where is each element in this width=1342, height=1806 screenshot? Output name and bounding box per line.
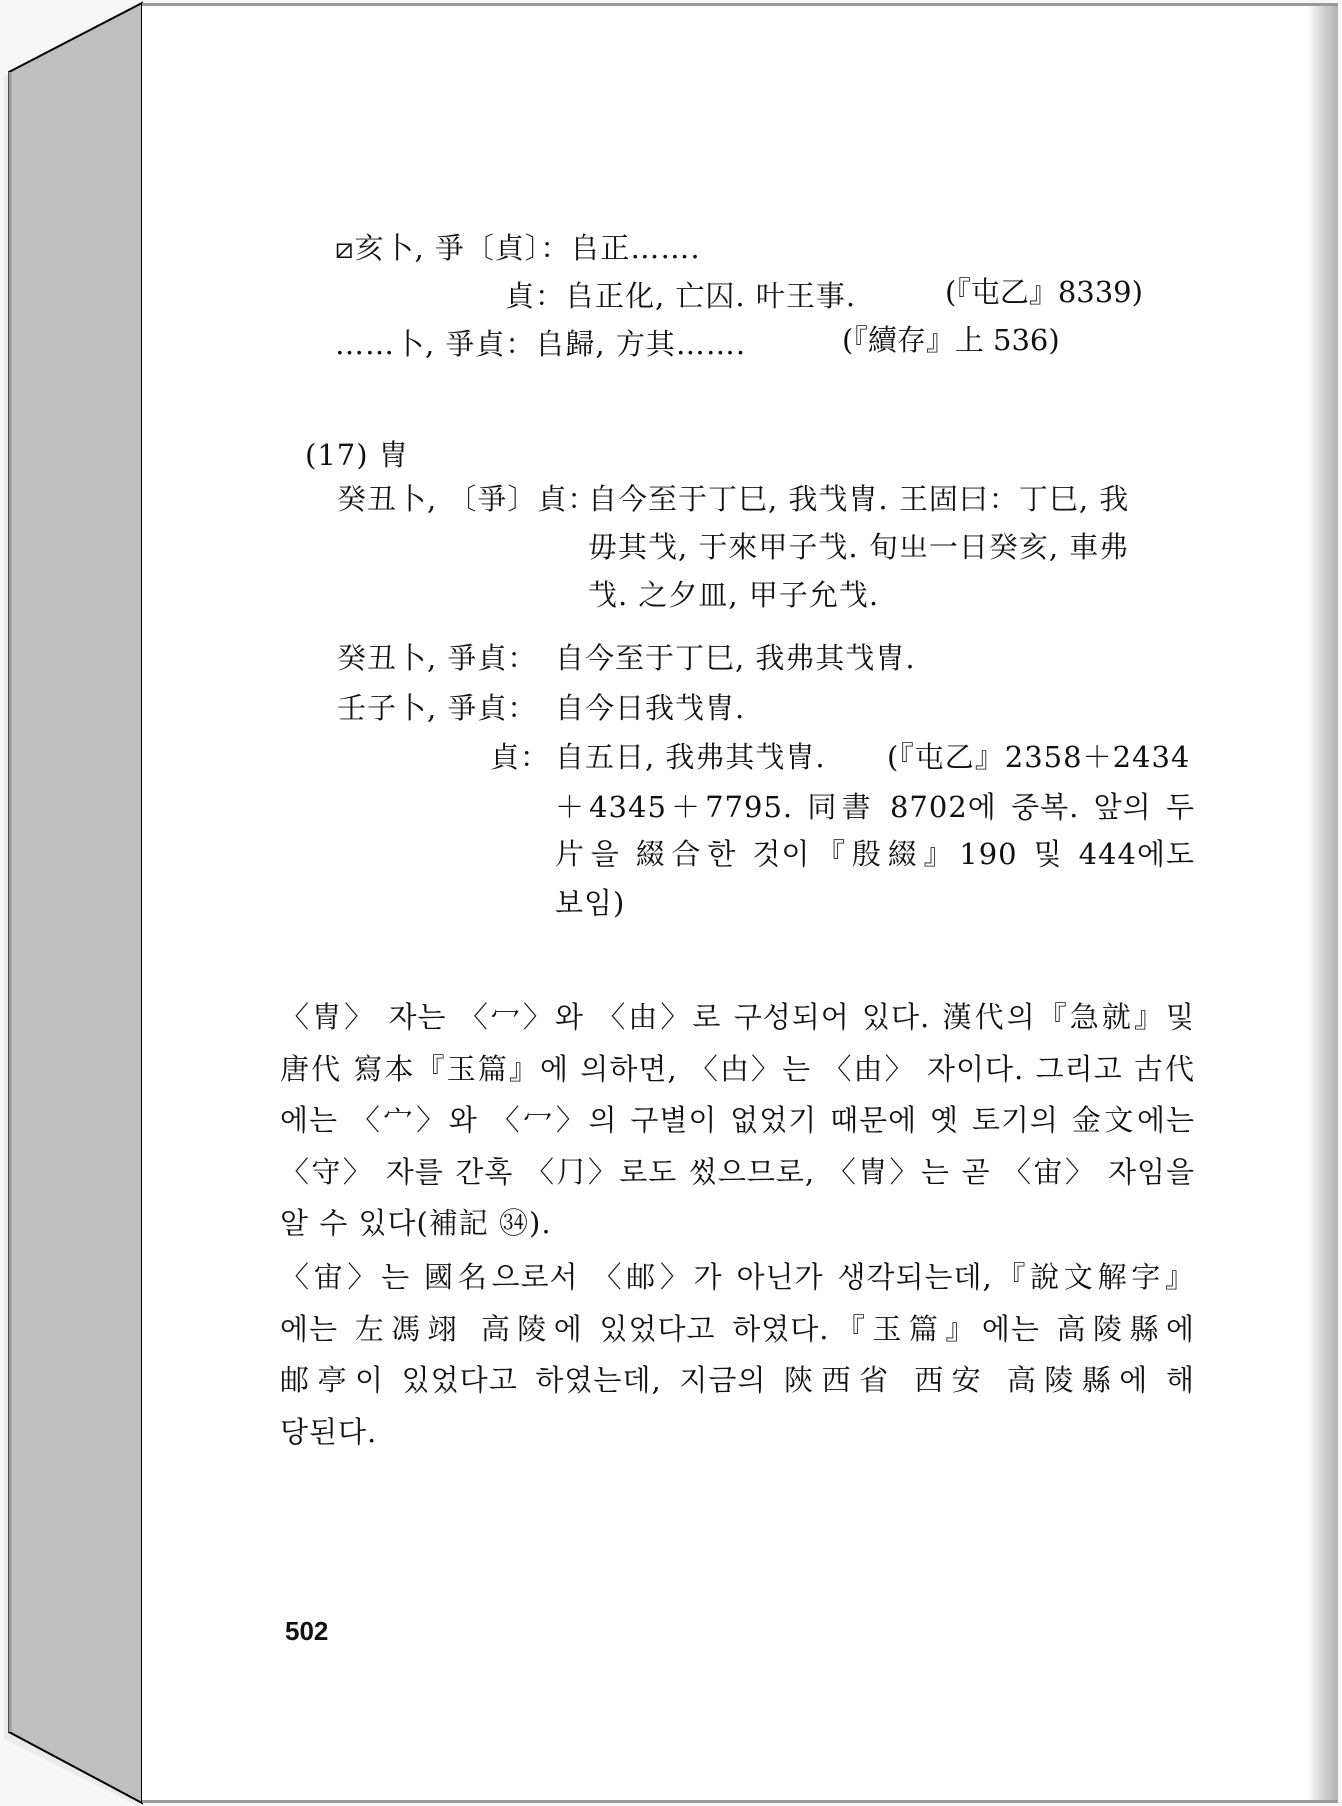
paragraph-line: 唐代 寫本『玉篇』에 의하면, 〈甴〉는 〈由〉 자이다. 그리고 古代 (280, 1044, 1195, 1096)
page-edge-shadow (1308, 6, 1338, 1800)
book-page (142, 3, 1338, 1803)
entry-line: 自五日, 我弗其𢦏冑. (『屯乙』2358＋2434 (555, 739, 1190, 775)
paragraph-line: 〈宙〉는 國名으로서 〈邮〉가 아닌가 생각되는데,『說文解字』 (280, 1252, 1195, 1304)
example-line: ⧄亥卜, 爭〔貞〕：𠂤正……. (335, 230, 701, 266)
commentary-paragraph-1: 〈冑〉 자는 〈冖〉와 〈由〉로 구성되어 있다. 漢代의『急就』및 唐代 寫本… (280, 992, 1195, 1250)
section-heading: (17) 冑 (305, 437, 409, 473)
entry-line: 自今日我𢦏冑. (555, 690, 745, 726)
entry-prefix: 壬子卜, 爭貞： (337, 690, 537, 726)
entry-prefix: 癸丑卜, 〔爭〕貞： (337, 481, 597, 517)
example-line: 貞：𠂤正化, 亡囚. 叶王事. (505, 278, 856, 314)
entry-line: 片을 綴合한 것이『殷綴』190 및 444에도 (555, 836, 1195, 872)
entry-line: ＋4345＋7795. 同書 8702에 중복. 앞의 두 (555, 789, 1195, 825)
book-spine (0, 0, 150, 1806)
entry-line: 自今至于丁巳, 我𢦏冑. 王固曰：丁巳, 我 (588, 481, 1129, 517)
page-number: 502 (285, 1616, 328, 1647)
entry-line: 毋其𢦏, 于來甲子𢦏. 旬㞢一日癸亥, 車弗 (588, 529, 1129, 565)
commentary-paragraph-2: 〈宙〉는 國名으로서 〈邮〉가 아닌가 생각되는데,『說文解字』 에는 左馮翊 … (280, 1252, 1195, 1458)
example-line: ……卜, 爭貞：𠂤歸, 方其……. (335, 326, 746, 362)
entry-prefix: 癸丑卜, 爭貞： (337, 640, 537, 676)
paragraph-line: 에는 〈宀〉와 〈冖〉의 구별이 없었기 때문에 옛 토기의 金文에는 (280, 1095, 1195, 1147)
entry-line: 𢦏. 之夕皿, 甲子允𢦏. (588, 577, 879, 613)
paragraph-line: 〈守〉 자를 간혹 〈⺆〉로도 썼으므로, 〈冑〉는 곧 〈宙〉 자임을 (280, 1147, 1195, 1199)
citation: (『屯乙』8339) (945, 274, 1143, 310)
paragraph-line: 당된다. (280, 1407, 1195, 1459)
entry-prefix: 貞： (490, 739, 550, 775)
citation: (『續存』上 536) (842, 322, 1060, 358)
paragraph-line: 邮亭이 있었다고 하였는데, 지금의 陝西省 西安 高陵縣에 해 (280, 1355, 1195, 1407)
entry-line: 自今至于丁巳, 我弗其𢦏冑. (555, 640, 916, 676)
entry-line: 보임) (555, 885, 625, 921)
paragraph-line: 알 수 있다(補記 ㉞). (280, 1198, 1195, 1250)
paragraph-line: 에는 左馮翊 高陵에 있었다고 하였다.『玉篇』에는 高陵縣에 (280, 1304, 1195, 1356)
paragraph-line: 〈冑〉 자는 〈冖〉와 〈由〉로 구성되어 있다. 漢代의『急就』및 (280, 992, 1195, 1044)
